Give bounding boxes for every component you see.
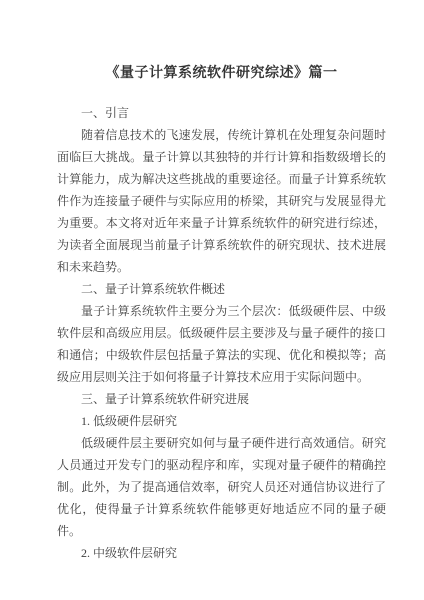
paragraph-introduction: 随着信息技术的飞速发展，传统计算机在处理复杂问题时面临巨大挑战。量子计算以其独特…: [57, 124, 386, 278]
document-page: 《量子计算系统软件研究综述》篇一 一、引言 随着信息技术的飞速发展，传统计算机在…: [0, 0, 424, 600]
subheading-mid-level-software: 2. 中级软件层研究: [57, 542, 386, 564]
document-title: 《量子计算系统软件研究综述》篇一: [57, 64, 386, 84]
document-body: 一、引言 随着信息技术的飞速发展，传统计算机在处理复杂问题时面临巨大挑战。量子计…: [57, 102, 386, 564]
subheading-low-level-hardware: 1. 低级硬件层研究: [57, 410, 386, 432]
paragraph-low-level-hardware: 低级硬件层主要研究如何与量子硬件进行高效通信。研究人员通过开发专门的驱动程序和库…: [57, 432, 386, 542]
section-heading-introduction: 一、引言: [57, 102, 386, 124]
paragraph-overview: 量子计算系统软件主要分为三个层次：低级硬件层、中级软件层和高级应用层。低级硬件层…: [57, 300, 386, 388]
section-heading-overview: 二、量子计算系统软件概述: [57, 278, 386, 300]
section-heading-research-progress: 三、量子计算系统软件研究进展: [57, 388, 386, 410]
